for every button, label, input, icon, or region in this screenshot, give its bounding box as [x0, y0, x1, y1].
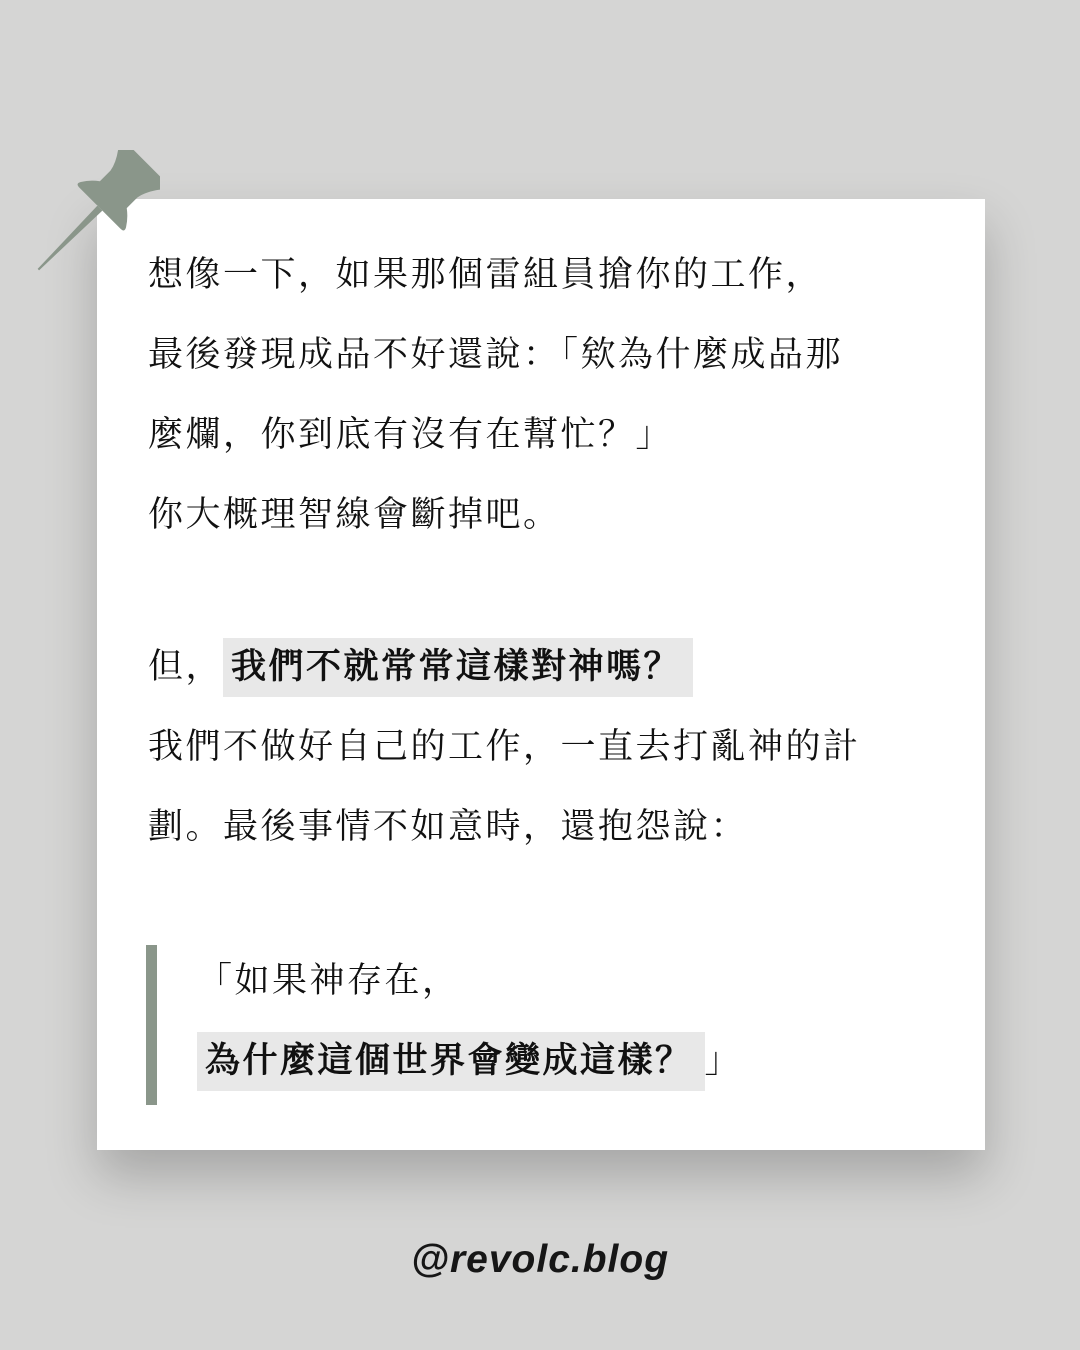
- middle-paragraph: 但，我們不就常常這樣對神嗎？ 我們不做好自己的工作，一直去打亂神的計 劃。最後事…: [148, 627, 948, 867]
- quote-line: 「如果神存在，: [197, 941, 742, 1021]
- card-content: 想像一下，如果那個雷組員搶你的工作， 最後發現成品不好還說：「欸為什麼成品那 麼…: [148, 199, 948, 1107]
- footer-handle: @revolc.blog: [0, 1238, 1080, 1282]
- pushpin-icon: [36, 150, 160, 290]
- quote-card: 想像一下，如果那個雷組員搶你的工作， 最後發現成品不好還說：「欸為什麼成品那 麼…: [97, 199, 985, 1150]
- quote-block: 「如果神存在， 為什麼這個世界會變成這樣？」: [146, 941, 948, 1107]
- quote-text: 「如果神存在， 為什麼這個世界會變成這樣？」: [157, 941, 742, 1107]
- quote-accent-bar: [146, 945, 157, 1105]
- text-segment: 」: [705, 1041, 743, 1080]
- intro-paragraph: 想像一下，如果那個雷組員搶你的工作， 最後發現成品不好還說：「欸為什麼成品那 麼…: [148, 235, 948, 555]
- highlight-text: 為什麼這個世界會變成這樣？: [197, 1032, 705, 1091]
- text-line: 劃。最後事情不如意時，還抱怨說：: [148, 787, 948, 867]
- quote-line: 為什麼這個世界會變成這樣？」: [197, 1021, 742, 1101]
- text-line: 最後發現成品不好還說：「欸為什麼成品那: [148, 315, 948, 395]
- text-line: 你大概理智線會斷掉吧。: [148, 475, 948, 555]
- text-line: 想像一下，如果那個雷組員搶你的工作，: [148, 235, 948, 315]
- text-line: 麼爛，你到底有沒有在幫忙？」: [148, 395, 948, 475]
- text-segment: 但，: [148, 647, 223, 686]
- highlight-text: 我們不就常常這樣對神嗎？: [223, 638, 693, 697]
- text-line: 我們不做好自己的工作，一直去打亂神的計: [148, 707, 948, 787]
- text-line: 但，我們不就常常這樣對神嗎？: [148, 627, 948, 707]
